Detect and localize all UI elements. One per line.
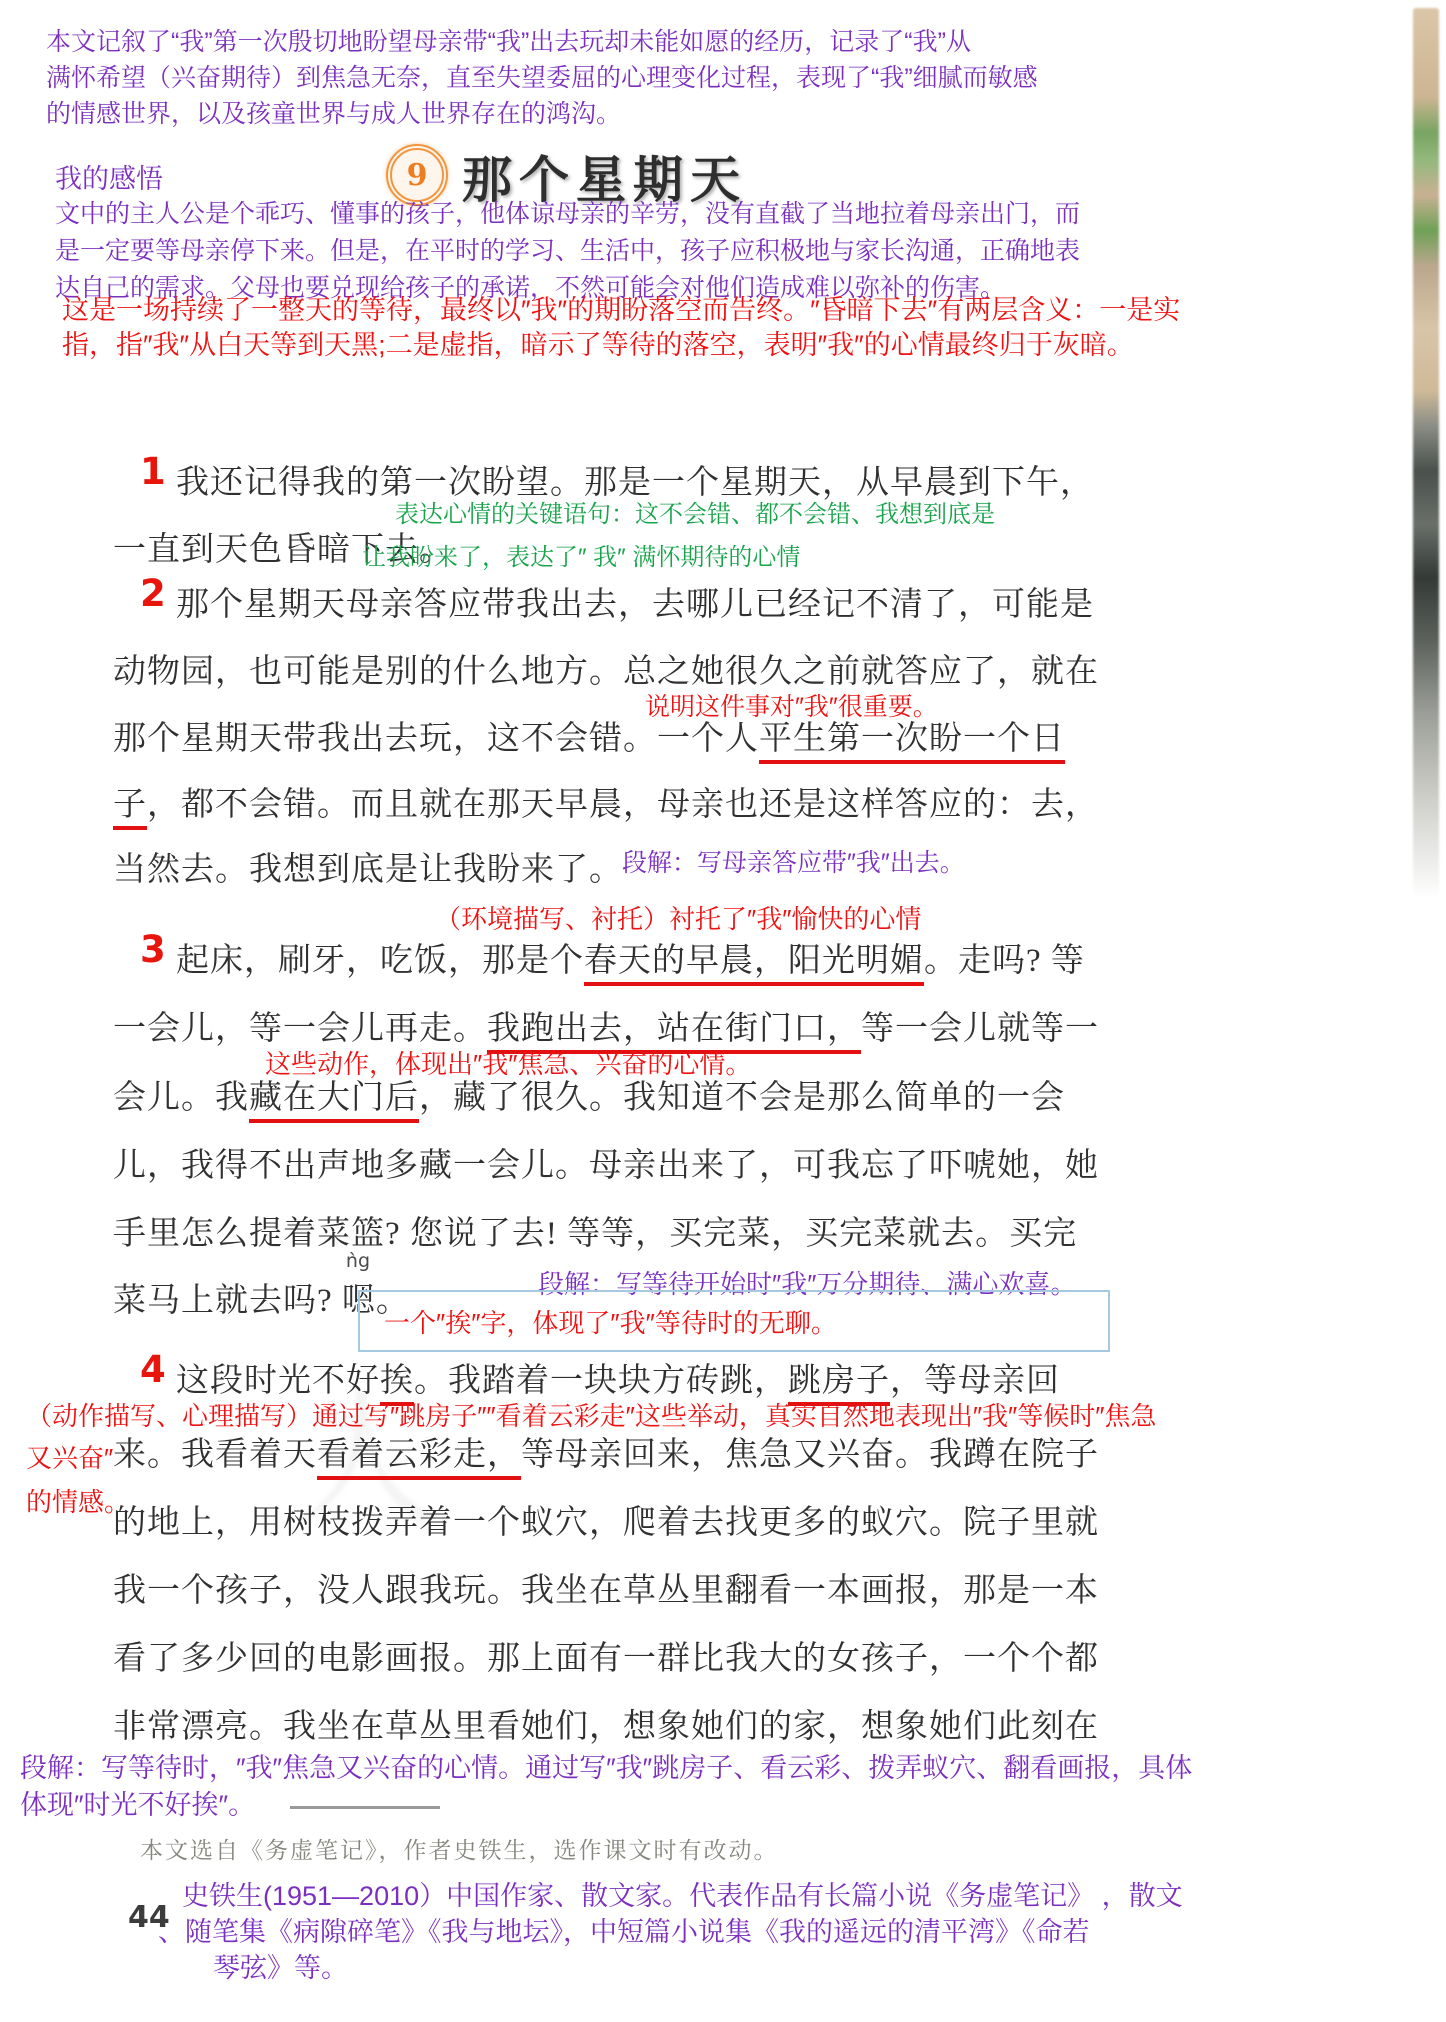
body-text-segment: 这段时光不好 — [176, 1363, 380, 1399]
body-text-line: 会儿。我藏在大门后，藏了很久。我知道不会是那么简单的一会 — [113, 1071, 1065, 1118]
author-bio-line: 琴弦》等。 — [213, 1946, 348, 1985]
body-text-segment: 来。我看着天 — [113, 1437, 317, 1473]
body-text-segment: 一会儿，等一会儿再走。 — [113, 1011, 487, 1047]
ganwu-line: 文中的主人公是个乖巧、懂事的孩子，他体谅母亲的辛劳，没有直截了当地拉着母亲出门，… — [55, 196, 1080, 233]
red-margin-note: 又兴奋″ — [26, 1438, 113, 1475]
ganwu-line: 是一定要等母亲停下来。但是，在平时的学习、生活中，孩子应积极地与家长沟通，正确地… — [55, 233, 1080, 270]
body-text-segment: 。我踏着一块块方砖跳， — [414, 1363, 788, 1399]
ganwu-heading: 我的感悟 — [55, 157, 163, 196]
summary-line: 满怀希望（兴奋期待）到焦急无奈，直至失望委屈的心理变化过程，表现了“我”细腻而敏… — [46, 60, 1038, 96]
lesson-number: 9 — [407, 158, 428, 193]
body-text-line: 手里怎么提着菜篮? 您说了去! 等等，买完菜，买完菜就去。买完 — [113, 1207, 1077, 1254]
body-text-segment: 会儿。我 — [113, 1080, 249, 1116]
duanjie-note: 段解：写母亲答应带″我″出去。 — [622, 843, 965, 879]
body-text-line: 那个星期天带我出去玩，这不会错。一个人平生第一次盼一个日 — [113, 712, 1065, 759]
body-text-line: 动物园，也可能是别的什么地方。总之她很久之前就答应了，就在 — [113, 645, 1099, 692]
body-text-segment: 等母亲回来，焦急又兴奋。我蹲在院子 — [521, 1437, 1099, 1473]
body-text-segment: ，等母亲回 — [890, 1363, 1060, 1399]
body-text-line: 看了多少回的电影画报。那上面有一群比我大的女孩子，一个个都 — [113, 1632, 1099, 1679]
green-note-line: 表达心情的关键语句：这不会错、都不会错、我想到底是 — [395, 494, 995, 529]
author-bio-line: 史铁生(1951—2010）中国作家、散文家。代表作品有长篇小说《务虚笔记》 ，… — [182, 1874, 1183, 1913]
body-text-line: 非常漂亮。我坐在草丛里看她们，想象她们的家，想象她们此刻在 — [113, 1700, 1099, 1747]
underlined-text: 看着云彩走， — [317, 1437, 521, 1480]
underlined-text: 春天的早晨，阳光明媚 — [584, 943, 924, 986]
summary-line: 的情感世界，以及孩童世界与成人世界存在的鸿沟。 — [46, 96, 621, 132]
body-text-line: 当然去。我想到底是让我盼来了。 — [113, 843, 623, 890]
underlined-text: 藏在大门后 — [249, 1080, 419, 1123]
red-margin-note: （环境描写、衬托）衬托了″我″愉快的心情 — [435, 899, 921, 936]
body-text-line: 儿，我得不出声地多藏一会儿。母亲出来了，可我忘了吓唬她，她 — [113, 1139, 1099, 1186]
pinyin-annotation: ǹg — [346, 1250, 370, 1272]
body-text-line: 来。我看着天看着云彩走，等母亲回来，焦急又兴奋。我蹲在院子 — [113, 1428, 1099, 1475]
page-edge-photo-strip — [1413, 8, 1439, 898]
body-text-segment: 。走吗? 等 — [924, 943, 1085, 979]
underlined-text: 平生第一次盼一个日 — [759, 721, 1065, 764]
body-text-line: 这段时光不好挨。我踏着一块块方砖跳，跳房子，等母亲回 — [176, 1354, 1060, 1401]
page-number: 44 — [128, 1900, 170, 1935]
red-intro-line: 这是一场持续了一整天的等待，最终以″我″的期盼落空而告终。″昏暗下去″有两层含义… — [62, 293, 1180, 328]
source-note: 本文选自《务虚笔记》，作者史铁生，选作课文时有改动。 — [140, 1832, 779, 1865]
duanjie-note: 体现″时光不好挨″。 — [20, 1787, 255, 1824]
red-box-note: 一个″挨″字，体现了″我″等待时的无聊。 — [384, 1303, 837, 1340]
body-text-line: 那个星期天母亲答应带我出去，去哪儿已经记不清了，可能是 — [176, 578, 1094, 625]
duanjie-note: 段解：写等待时，″我″焦急又兴奋的心情。通过写″我″跳房子、看云彩、拨弄蚁穴、翻… — [20, 1750, 1192, 1787]
body-text-line: 的地上，用树枝拨弄着一个蚁穴，爬着去找更多的蚁穴。院子里就 — [113, 1496, 1099, 1543]
body-text-segment: ，都不会错。而且就在那天早晨，母亲也还是这样答应的：去， — [147, 787, 1099, 823]
author-bio-line: 、随笔集《病隙碎笔》《我与地坛》，中短篇小说集《我的遥远的清平湾》《命若 — [158, 1910, 1090, 1949]
underlined-text: 子 — [113, 787, 147, 830]
green-note-line: 让我盼来了，表达了″ 我″ 满怀期待的心情 — [362, 537, 800, 572]
body-text-segment: 那个星期天带我出去玩，这不会错。一个人 — [113, 721, 759, 757]
body-text-segment: 菜马上就去吗? — [113, 1283, 342, 1319]
paragraph-number: 1 — [140, 450, 166, 493]
red-intro-line: 指，指″我″从白天等到天黑;二是虚指，暗示了等待的落空，表明″我″的心情最终归于… — [62, 328, 1134, 363]
body-text-segment: 等一会儿就等一 — [861, 1011, 1099, 1047]
body-text-line: 起床，刷牙，吃饭，那是个春天的早晨，阳光明媚。走吗? 等 — [176, 934, 1085, 981]
paragraph-number: 2 — [140, 572, 166, 615]
summary-line: 本文记叙了“我”第一次殷切地盼望母亲带“我”出去玩却未能如愿的经历，记录了“我”… — [46, 24, 971, 60]
body-text-segment: 起床，刷牙，吃饭，那是个 — [176, 943, 584, 979]
textbook-page: 人 本文记叙了“我”第一次殷切地盼望母亲带“我”出去玩却未能如愿的经历，记录了“… — [0, 0, 1446, 2022]
body-text-line: 我一个孩子，没人跟我玩。我坐在草丛里翻看一本画报，那是一本 — [113, 1564, 1099, 1611]
divider-line — [290, 1806, 440, 1809]
body-text-line: 子，都不会错。而且就在那天早晨，母亲也还是这样答应的：去， — [113, 778, 1099, 825]
body-text-line: 一会儿，等一会儿再走。我跑出去，站在街门口，等一会儿就等一 — [113, 1002, 1099, 1049]
paragraph-number: 4 — [140, 1348, 166, 1391]
body-text-segment: ，藏了很久。我知道不会是那么简单的一会 — [419, 1080, 1065, 1116]
paragraph-number: 3 — [140, 928, 166, 971]
